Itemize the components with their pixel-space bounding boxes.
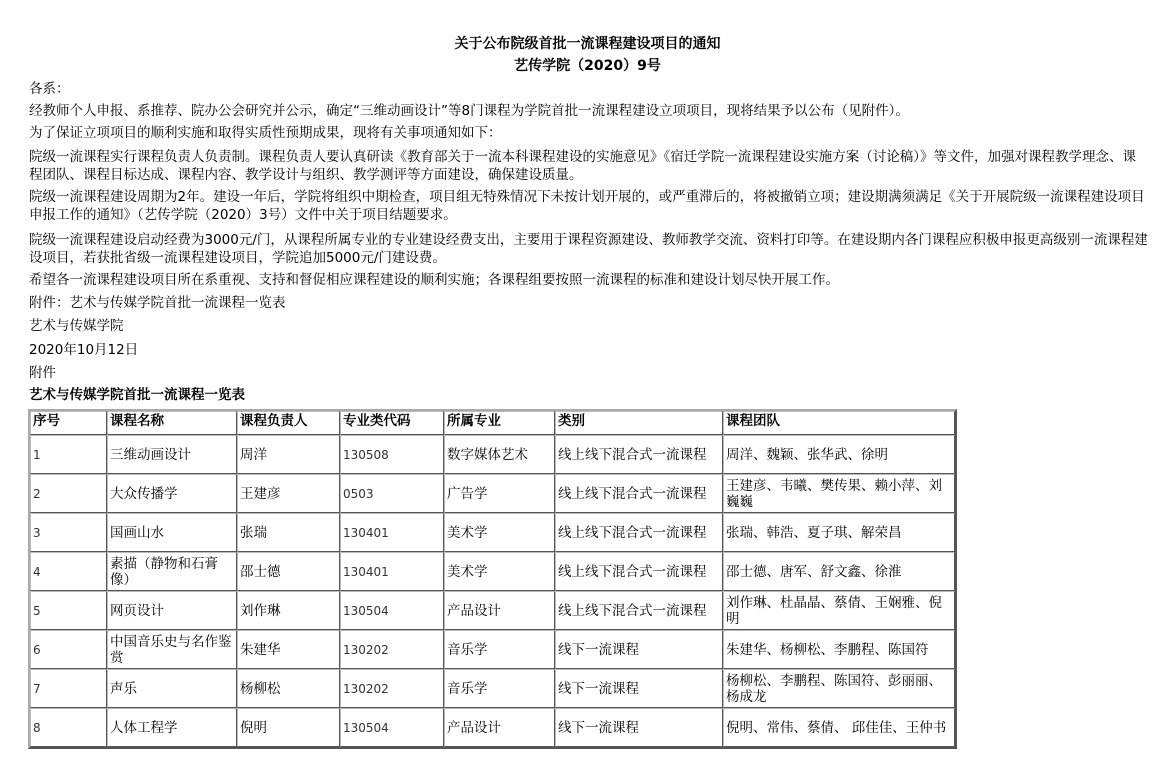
cell-category: 线上线下混合式一流课程 [555, 435, 723, 474]
paragraph-3: 院级一流课程实行课程负责人负责制。课程负责人要认真研读《教育部关于一流本科课程建… [29, 148, 1149, 184]
cell-major: 广告学 [444, 474, 555, 513]
paragraph-2: 为了保证立项项目的顺利实施和取得实质性预期成果，现将有关事项通知如下： [29, 124, 1149, 142]
paragraph-5: 院级一流课程建设启动经费为3000元/门，从课程所属专业的专业建设经费支出，主要… [29, 231, 1149, 267]
cell-course-lead: 周洋 [237, 435, 340, 474]
cell-team: 朱建华、杨柳松、李鹏程、陈国符 [723, 630, 955, 669]
signature: 艺术与传媒学院 [29, 317, 1149, 335]
cell-team: 张瑞、韩浩、夏子琪、解荣昌 [723, 513, 955, 552]
cell-course-lead: 邵士德 [237, 552, 340, 591]
date: 2020年10月12日 [29, 341, 1149, 359]
cell-major-code: 130401 [340, 552, 444, 591]
cell-major: 产品设计 [444, 708, 555, 747]
table-row: 4 素描（静物和石膏像） 邵士德 130401 美术学 线上线下混合式一流课程 … [30, 552, 955, 591]
cell-course-lead: 张瑞 [237, 513, 340, 552]
cell-major: 美术学 [444, 513, 555, 552]
table-row: 1 三维动画设计 周洋 130508 数字媒体艺术 线上线下混合式一流课程 周洋… [30, 435, 955, 474]
header-major-code: 专业类代码 [340, 411, 444, 435]
table-row: 3 国画山水 张瑞 130401 美术学 线上线下混合式一流课程 张瑞、韩浩、夏… [30, 513, 955, 552]
cell-course-name: 素描（静物和石膏像） [107, 552, 237, 591]
attachment-line: 附件：艺术与传媒学院首批一流课程一览表 [29, 294, 1149, 312]
cell-index: 8 [30, 708, 107, 747]
header-index: 序号 [30, 411, 107, 435]
cell-course-lead: 杨柳松 [237, 669, 340, 708]
cell-major-code: 0503 [340, 474, 444, 513]
cell-category: 线下一流课程 [555, 630, 723, 669]
course-table: 序号 课程名称 课程负责人 专业类代码 所属专业 类别 课程团队 1 三维动画设… [28, 409, 957, 749]
cell-index: 1 [30, 435, 107, 474]
attachment-label: 附件 [29, 364, 1149, 382]
header-course-name: 课程名称 [107, 411, 237, 435]
cell-category: 线下一流课程 [555, 708, 723, 747]
cell-major-code: 130202 [340, 669, 444, 708]
cell-index: 3 [30, 513, 107, 552]
table-title: 艺术与传媒学院首批一流课程一览表 [29, 386, 1149, 404]
cell-course-name: 人体工程学 [107, 708, 237, 747]
cell-major-code: 130504 [340, 708, 444, 747]
header-team: 课程团队 [723, 411, 955, 435]
cell-course-name: 三维动画设计 [107, 435, 237, 474]
cell-team: 邵士德、唐军、舒文鑫、徐淮 [723, 552, 955, 591]
cell-team: 周洋、魏颖、张华武、徐明 [723, 435, 955, 474]
cell-team: 杨柳松、李鹏程、陈国符、彭丽丽、杨成龙 [723, 669, 955, 708]
header-category: 类别 [555, 411, 723, 435]
cell-team: 刘作琳、杜晶晶、蔡倩、王娴雅、倪明 [723, 591, 955, 630]
table-header-row: 序号 课程名称 课程负责人 专业类代码 所属专业 类别 课程团队 [30, 411, 955, 435]
paragraph-1: 经教师个人申报、系推荐、院办公会研究并公示，确定“三维动画设计”等8门课程为学院… [29, 102, 1149, 120]
cell-major: 音乐学 [444, 630, 555, 669]
cell-course-name: 国画山水 [107, 513, 237, 552]
cell-major-code: 130202 [340, 630, 444, 669]
cell-course-name: 网页设计 [107, 591, 237, 630]
cell-major-code: 130401 [340, 513, 444, 552]
cell-index: 6 [30, 630, 107, 669]
salutation: 各系： [29, 80, 1149, 98]
cell-course-lead: 刘作琳 [237, 591, 340, 630]
cell-major: 数字媒体艺术 [444, 435, 555, 474]
notice-title: 关于公布院级首批一流课程建设项目的通知 [0, 34, 1175, 54]
paragraph-4: 院级一流课程建设周期为2年。建设一年后，学院将组织中期检查，项目组无特殊情况下未… [29, 188, 1149, 224]
cell-category: 线上线下混合式一流课程 [555, 591, 723, 630]
cell-course-lead: 倪明 [237, 708, 340, 747]
cell-course-name: 大众传播学 [107, 474, 237, 513]
cell-index: 7 [30, 669, 107, 708]
document-number: 艺传学院（2020）9号 [0, 56, 1175, 76]
cell-major: 音乐学 [444, 669, 555, 708]
cell-major-code: 130504 [340, 591, 444, 630]
cell-course-lead: 朱建华 [237, 630, 340, 669]
cell-index: 2 [30, 474, 107, 513]
table-row: 2 大众传播学 王建彦 0503 广告学 线上线下混合式一流课程 王建彦、韦曦、… [30, 474, 955, 513]
cell-major-code: 130508 [340, 435, 444, 474]
cell-index: 5 [30, 591, 107, 630]
table-row: 8 人体工程学 倪明 130504 产品设计 线下一流课程 倪明、常伟、蔡倩、 … [30, 708, 955, 747]
cell-course-name: 声乐 [107, 669, 237, 708]
cell-course-name: 中国音乐史与名作鉴赏 [107, 630, 237, 669]
cell-category: 线下一流课程 [555, 669, 723, 708]
cell-major: 产品设计 [444, 591, 555, 630]
header-major: 所属专业 [444, 411, 555, 435]
cell-team: 王建彦、韦曦、樊传果、赖小萍、刘巍巍 [723, 474, 955, 513]
cell-index: 4 [30, 552, 107, 591]
table-row: 7 声乐 杨柳松 130202 音乐学 线下一流课程 杨柳松、李鹏程、陈国符、彭… [30, 669, 955, 708]
cell-major: 美术学 [444, 552, 555, 591]
cell-course-lead: 王建彦 [237, 474, 340, 513]
paragraph-6: 希望各一流课程建设项目所在系重视、支持和督促相应课程建设的顺利实施；各课程组要按… [29, 271, 1149, 289]
cell-team: 倪明、常伟、蔡倩、 邱佳佳、王仲书 [723, 708, 955, 747]
cell-category: 线上线下混合式一流课程 [555, 513, 723, 552]
cell-category: 线上线下混合式一流课程 [555, 474, 723, 513]
table-row: 6 中国音乐史与名作鉴赏 朱建华 130202 音乐学 线下一流课程 朱建华、杨… [30, 630, 955, 669]
table-row: 5 网页设计 刘作琳 130504 产品设计 线上线下混合式一流课程 刘作琳、杜… [30, 591, 955, 630]
cell-category: 线上线下混合式一流课程 [555, 552, 723, 591]
header-course-lead: 课程负责人 [237, 411, 340, 435]
